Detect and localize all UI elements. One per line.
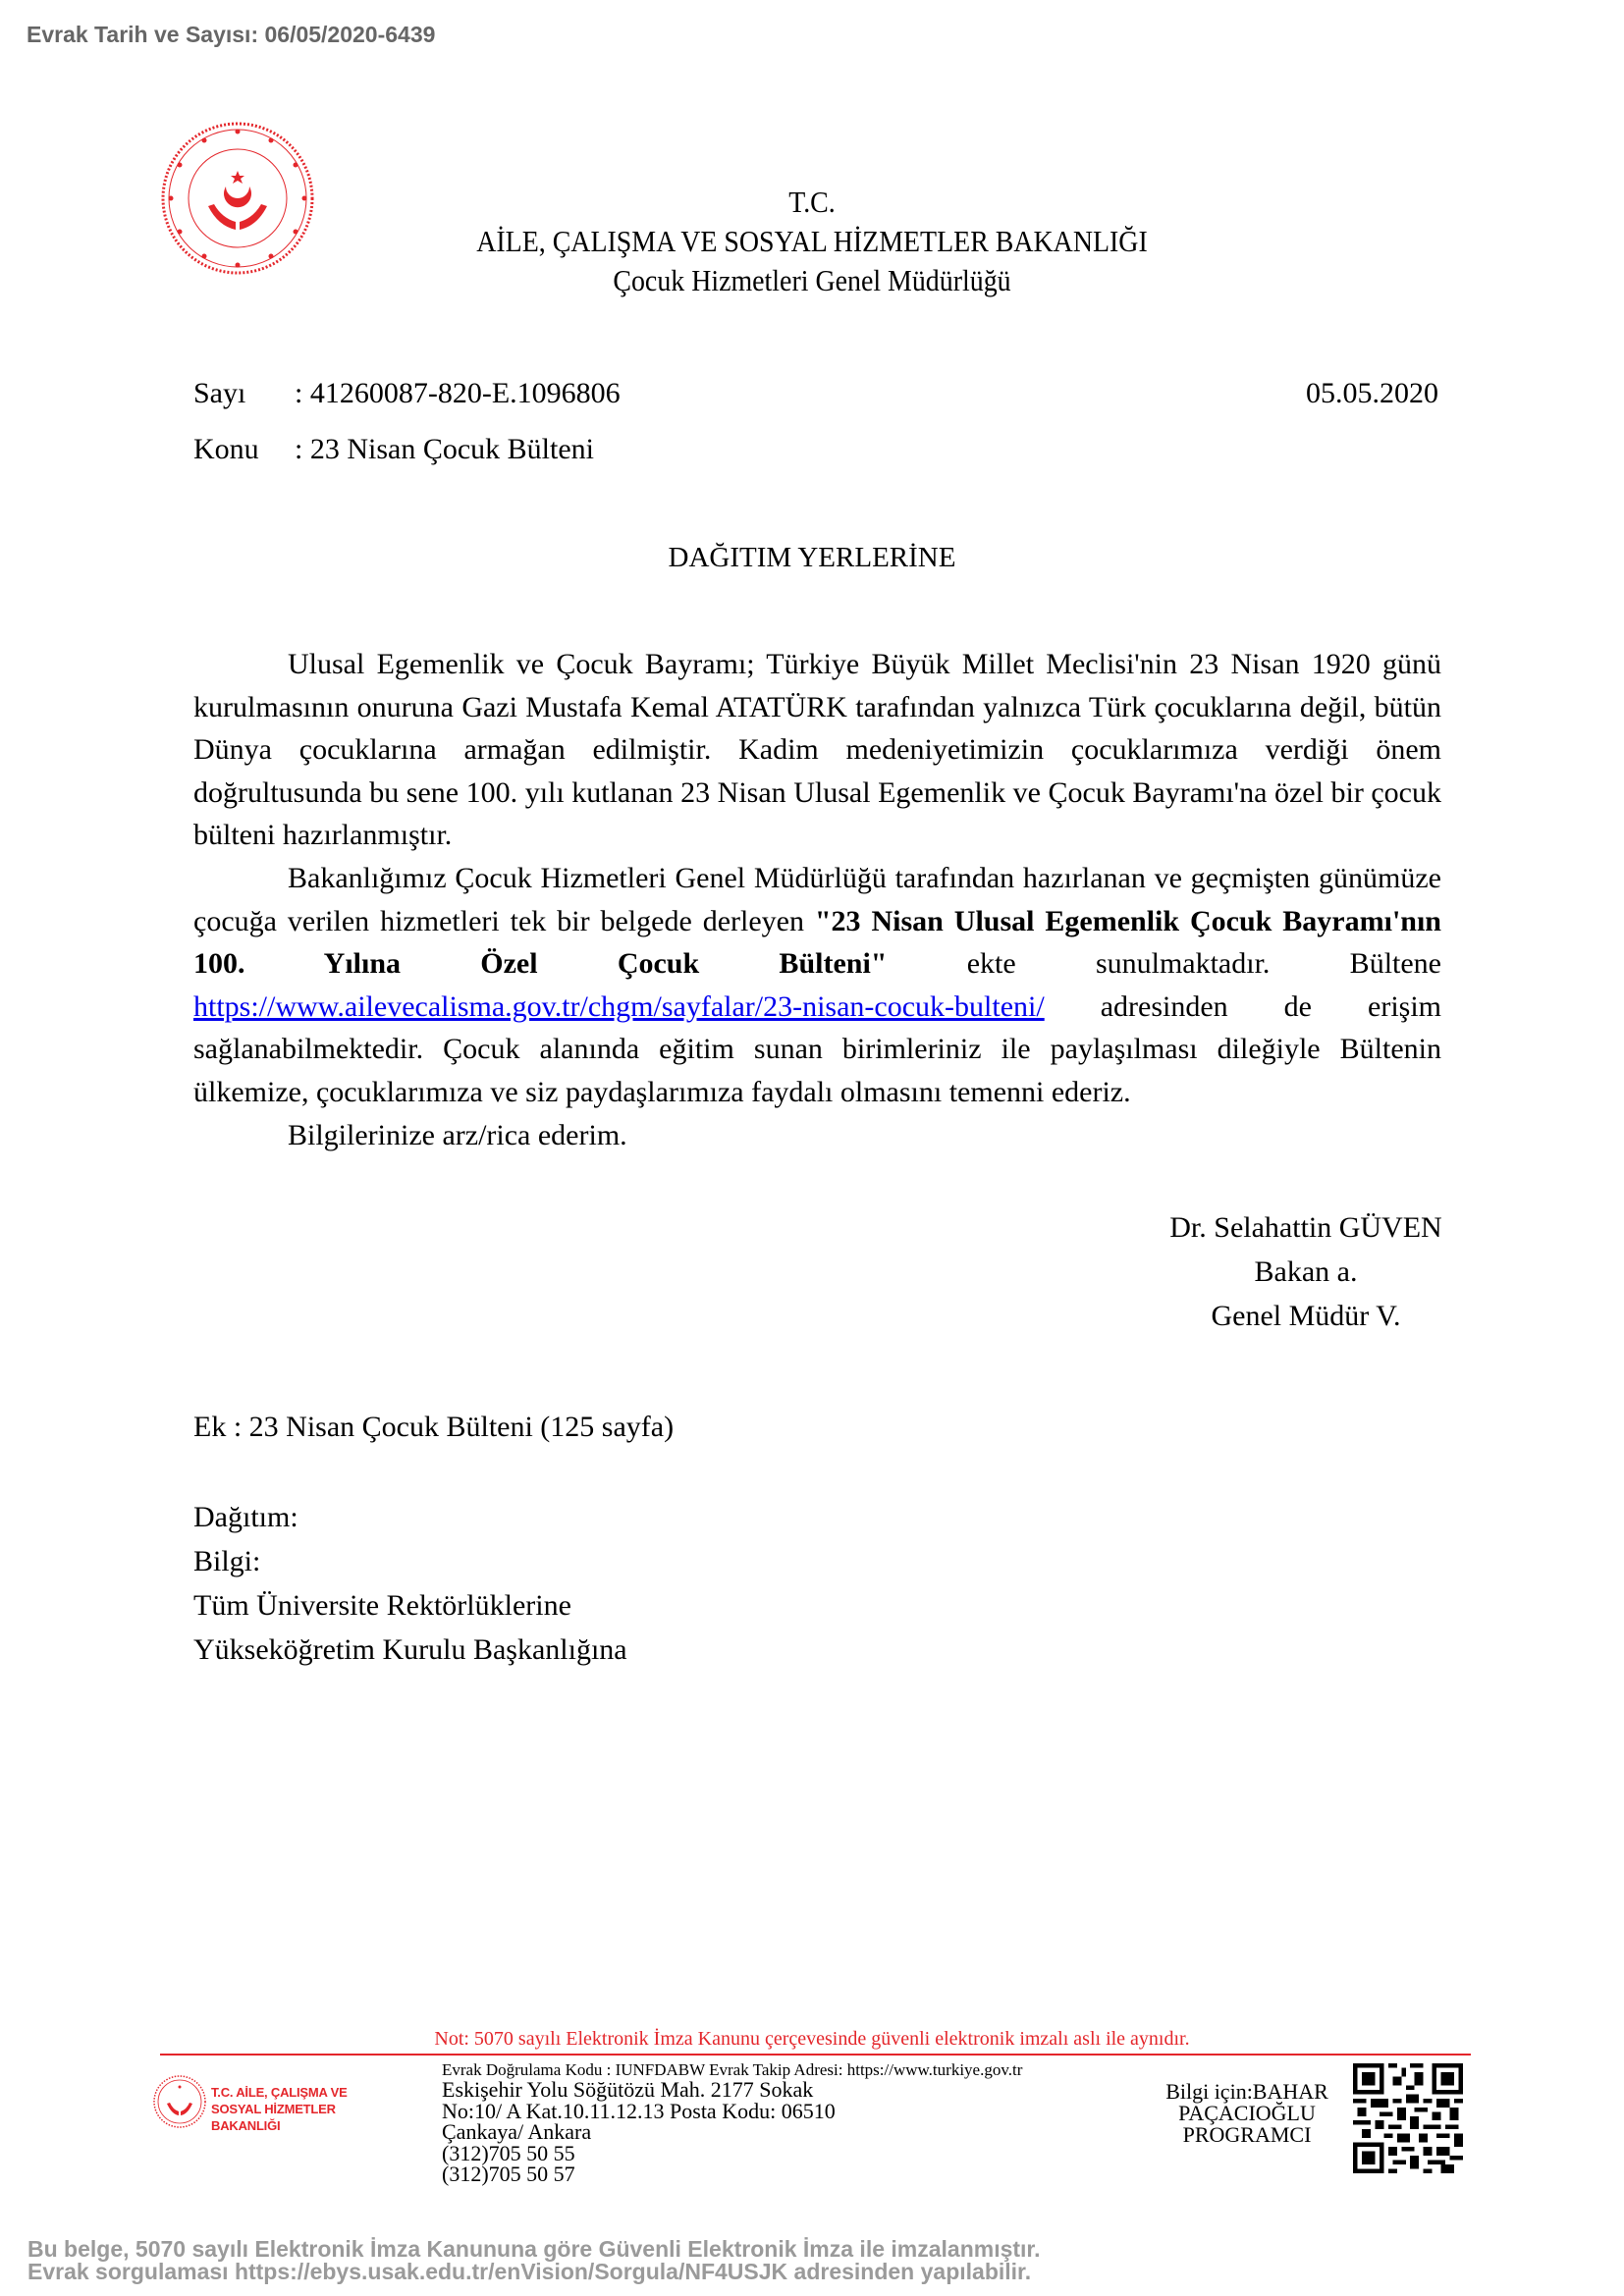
signatory-title: Bakan a.: [1129, 1250, 1483, 1294]
e-signature-verification-stamp: Bu belge, 5070 sayılı Elektronik İmza Ka…: [27, 2238, 1041, 2283]
konu-label: Konu: [193, 433, 259, 466]
signatory-title: Genel Müdür V.: [1129, 1294, 1483, 1338]
ministry-seal-icon: [152, 2067, 207, 2136]
phone-number: (312)705 50 55: [442, 2143, 836, 2164]
paragraph-2-text: ekte sunulmaktadır. Bültene: [887, 947, 1441, 980]
address-line: Eskişehir Yolu Söğütözü Mah. 2177 Sokak: [442, 2079, 836, 2101]
footer-logo-line: SOSYAL HİZMETLER BAKANLIĞI: [211, 2101, 378, 2134]
recipient: Tüm Üniversite Rektörlüklerine: [193, 1583, 627, 1628]
contact-line: PROGRAMCI: [1129, 2124, 1345, 2146]
attachment-note: Ek : 23 Nisan Çocuk Bülteni (125 sayfa): [193, 1411, 674, 1444]
salutation: DAĞITIM YERLERİNE: [0, 542, 1624, 574]
document-date-stamp: Evrak Tarih ve Sayısı: 06/05/2020-6439: [27, 22, 435, 48]
signatory-name: Dr. Selahattin GÜVEN: [1129, 1205, 1483, 1250]
recipient: Yükseköğretim Kurulu Başkanlığına: [193, 1628, 627, 1672]
address-line: Çankaya/ Ankara: [442, 2121, 836, 2143]
document-date: 05.05.2020: [1286, 377, 1438, 410]
distribution-list: Dağıtım: Bilgi: Tüm Üniversite Rektörlük…: [193, 1495, 627, 1672]
footer-logo-line: T.C. AİLE, ÇALIŞMA VE: [211, 2084, 378, 2101]
address-line: No:10/ A Kat.10.11.12.13 Posta Kodu: 065…: [442, 2101, 836, 2122]
footer-logo: T.C. AİLE, ÇALIŞMA VE SOSYAL HİZMETLER B…: [152, 2067, 378, 2136]
konu-value: : 23 Nisan Çocuk Bülteni: [295, 433, 594, 466]
bulletin-link[interactable]: https://www.ailevecalisma.gov.tr/chgm/sa…: [193, 990, 1045, 1023]
letter-body: Ulusal Egemenlik ve Çocuk Bayramı; Türki…: [193, 643, 1441, 1156]
header-directorate: Çocuk Hizmetleri Genel Müdürlüğü: [81, 261, 1543, 300]
paragraph-1: Ulusal Egemenlik ve Çocuk Bayramı; Türki…: [193, 643, 1441, 857]
contact-person: Bilgi için:BAHAR PAÇACIOĞLU PROGRAMCI: [1129, 2081, 1345, 2146]
header-tc: T.C.: [81, 183, 1543, 222]
footer-logo-text: T.C. AİLE, ÇALIŞMA VE SOSYAL HİZMETLER B…: [211, 2084, 378, 2134]
qr-code-icon: [1353, 2063, 1463, 2173]
footer-divider: [160, 2054, 1471, 2056]
stamp-line: Bu belge, 5070 sayılı Elektronik İmza Ka…: [27, 2238, 1041, 2261]
stamp-line: Evrak sorgulaması https://ebys.usak.edu.…: [27, 2261, 1041, 2283]
sayi-label: Sayı: [193, 377, 245, 410]
paragraph-2: Bakanlığımız Çocuk Hizmetleri Genel Müdü…: [193, 857, 1441, 1114]
sayi-value: : 41260087-820-E.1096806: [295, 377, 621, 410]
letterhead: T.C. AİLE, ÇALIŞMA VE SOSYAL HİZMETLER B…: [0, 183, 1624, 300]
e-signature-note: Not: 5070 sayılı Elektronik İmza Kanunu …: [0, 2028, 1624, 2051]
contact-line: Bilgi için:BAHAR: [1129, 2081, 1345, 2103]
paragraph-3: Bilgilerinize arz/rica ederim.: [193, 1114, 1441, 1157]
fax-number: (312)705 50 57: [442, 2163, 836, 2185]
contact-line: PAÇACIOĞLU: [1129, 2103, 1345, 2124]
header-ministry: AİLE, ÇALIŞMA VE SOSYAL HİZMETLER BAKANL…: [81, 222, 1543, 261]
footer-address: Eskişehir Yolu Söğütözü Mah. 2177 Sokak …: [442, 2079, 836, 2185]
info-label: Bilgi:: [193, 1539, 627, 1583]
signature-block: Dr. Selahattin GÜVEN Bakan a. Genel Müdü…: [1129, 1205, 1483, 1338]
distribution-label: Dağıtım:: [193, 1495, 627, 1539]
